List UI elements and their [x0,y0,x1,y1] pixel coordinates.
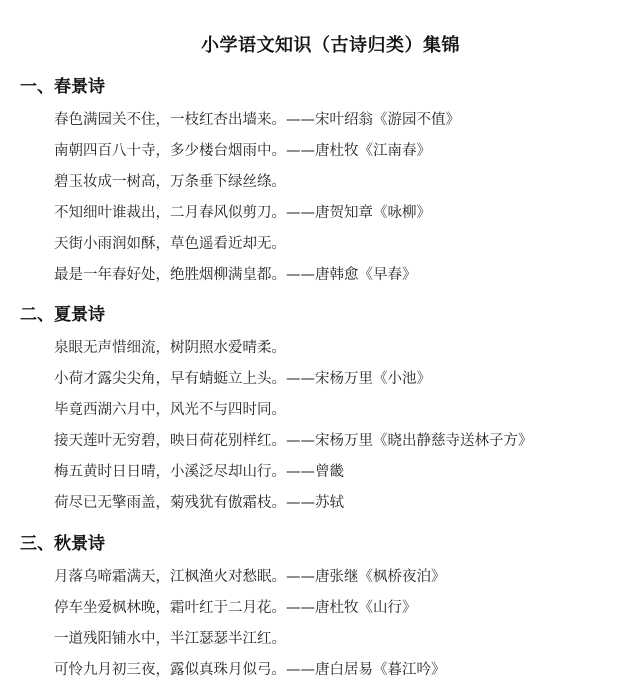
poem-line: 碧玉妆成一树高，万条垂下绿丝绦。 [54,172,460,203]
poem-line: 接天莲叶无穷碧，映日荷花别样红。——宋杨万里《晓出静慈寺送林子方》 [54,431,533,462]
poem-source: ——宋杨万里《小池》 [286,371,431,387]
section-heading: 三、秋景诗 [20,531,105,557]
poem-lines: 春色满园关不住，一枝红杏出墙来。——宋叶绍翁《游园不值》 南朝四百八十寺，多少楼… [54,110,460,296]
poem-line: 不知细叶谁裁出，二月春风似剪刀。——唐贺知章《咏柳》 [54,203,460,234]
verse-text: 南朝四百八十寺，多少楼台烟雨中。 [54,143,286,159]
poem-line: 可怜九月初三夜，露似真珠月似弓。——唐白居易《暮江吟》 [54,660,446,691]
poem-line: 最是一年春好处，绝胜烟柳满皇都。——唐韩愈《早春》 [54,265,460,296]
verse-text: 春色满园关不住，一枝红杏出墙来。 [54,112,286,128]
document-page: 小学语文知识（古诗归类）集锦 一、春景诗 春色满园关不住，一枝红杏出墙来。——宋… [0,0,621,697]
poem-line: 荷尽已无擎雨盖，菊残犹有傲霜枝。——苏轼 [54,493,533,524]
poem-line: 泉眼无声惜细流，树阴照水爱晴柔。 [54,338,533,369]
document-title: 小学语文知识（古诗归类）集锦 [0,32,621,60]
poem-lines: 泉眼无声惜细流，树阴照水爱晴柔。 小荷才露尖尖角，早有蜻蜓立上头。——宋杨万里《… [54,338,533,524]
poem-source: ——曾畿 [286,464,344,480]
section-heading: 二、夏景诗 [20,302,105,328]
poem-source: ——唐杜牧《江南春》 [286,143,431,159]
verse-text: 碧玉妆成一树高，万条垂下绿丝绦。 [54,174,286,190]
poem-source: ——唐张继《枫桥夜泊》 [286,569,446,585]
poem-source: ——唐白居易《暮江吟》 [286,662,446,678]
poem-line: 梅五黄时日日晴，小溪泛尽却山行。——曾畿 [54,462,533,493]
poem-source: ——唐杜牧《山行》 [286,600,417,616]
verse-text: 梅五黄时日日晴，小溪泛尽却山行。 [54,464,286,480]
verse-text: 毕竟西湖六月中，风光不与四时同。 [54,402,286,418]
poem-source: ——唐韩愈《早春》 [286,267,417,283]
poem-line: 一道残阳铺水中，半江瑟瑟半江红。 [54,629,446,660]
verse-text: 最是一年春好处，绝胜烟柳满皇都。 [54,267,286,283]
poem-source: ——唐贺知章《咏柳》 [286,205,431,221]
verse-text: 天街小雨润如酥，草色遥看近却无。 [54,236,286,252]
poem-line: 南朝四百八十寺，多少楼台烟雨中。——唐杜牧《江南春》 [54,141,460,172]
poem-line: 天街小雨润如酥，草色遥看近却无。 [54,234,460,265]
poem-line: 月落乌啼霜满天，江枫渔火对愁眠。——唐张继《枫桥夜泊》 [54,567,446,598]
poem-line: 停车坐爱枫林晚，霜叶红于二月花。——唐杜牧《山行》 [54,598,446,629]
poem-source: ——宋杨万里《晓出静慈寺送林子方》 [286,433,533,449]
verse-text: 一道残阳铺水中，半江瑟瑟半江红。 [54,631,286,647]
verse-text: 接天莲叶无穷碧，映日荷花别样红。 [54,433,286,449]
poem-source: ——宋叶绍翁《游园不值》 [286,112,460,128]
poem-lines: 月落乌啼霜满天，江枫渔火对愁眠。——唐张继《枫桥夜泊》 停车坐爱枫林晚，霜叶红于… [54,567,446,691]
verse-text: 月落乌啼霜满天，江枫渔火对愁眠。 [54,569,286,585]
verse-text: 荷尽已无擎雨盖，菊残犹有傲霜枝。 [54,495,286,511]
section-heading: 一、春景诗 [20,74,105,100]
poem-line: 毕竟西湖六月中，风光不与四时同。 [54,400,533,431]
poem-line: 小荷才露尖尖角，早有蜻蜓立上头。——宋杨万里《小池》 [54,369,533,400]
poem-source: ——苏轼 [286,495,344,511]
verse-text: 泉眼无声惜细流，树阴照水爱晴柔。 [54,340,286,356]
verse-text: 可怜九月初三夜，露似真珠月似弓。 [54,662,286,678]
poem-line: 春色满园关不住，一枝红杏出墙来。——宋叶绍翁《游园不值》 [54,110,460,141]
verse-text: 停车坐爱枫林晚，霜叶红于二月花。 [54,600,286,616]
verse-text: 小荷才露尖尖角，早有蜻蜓立上头。 [54,371,286,387]
verse-text: 不知细叶谁裁出，二月春风似剪刀。 [54,205,286,221]
